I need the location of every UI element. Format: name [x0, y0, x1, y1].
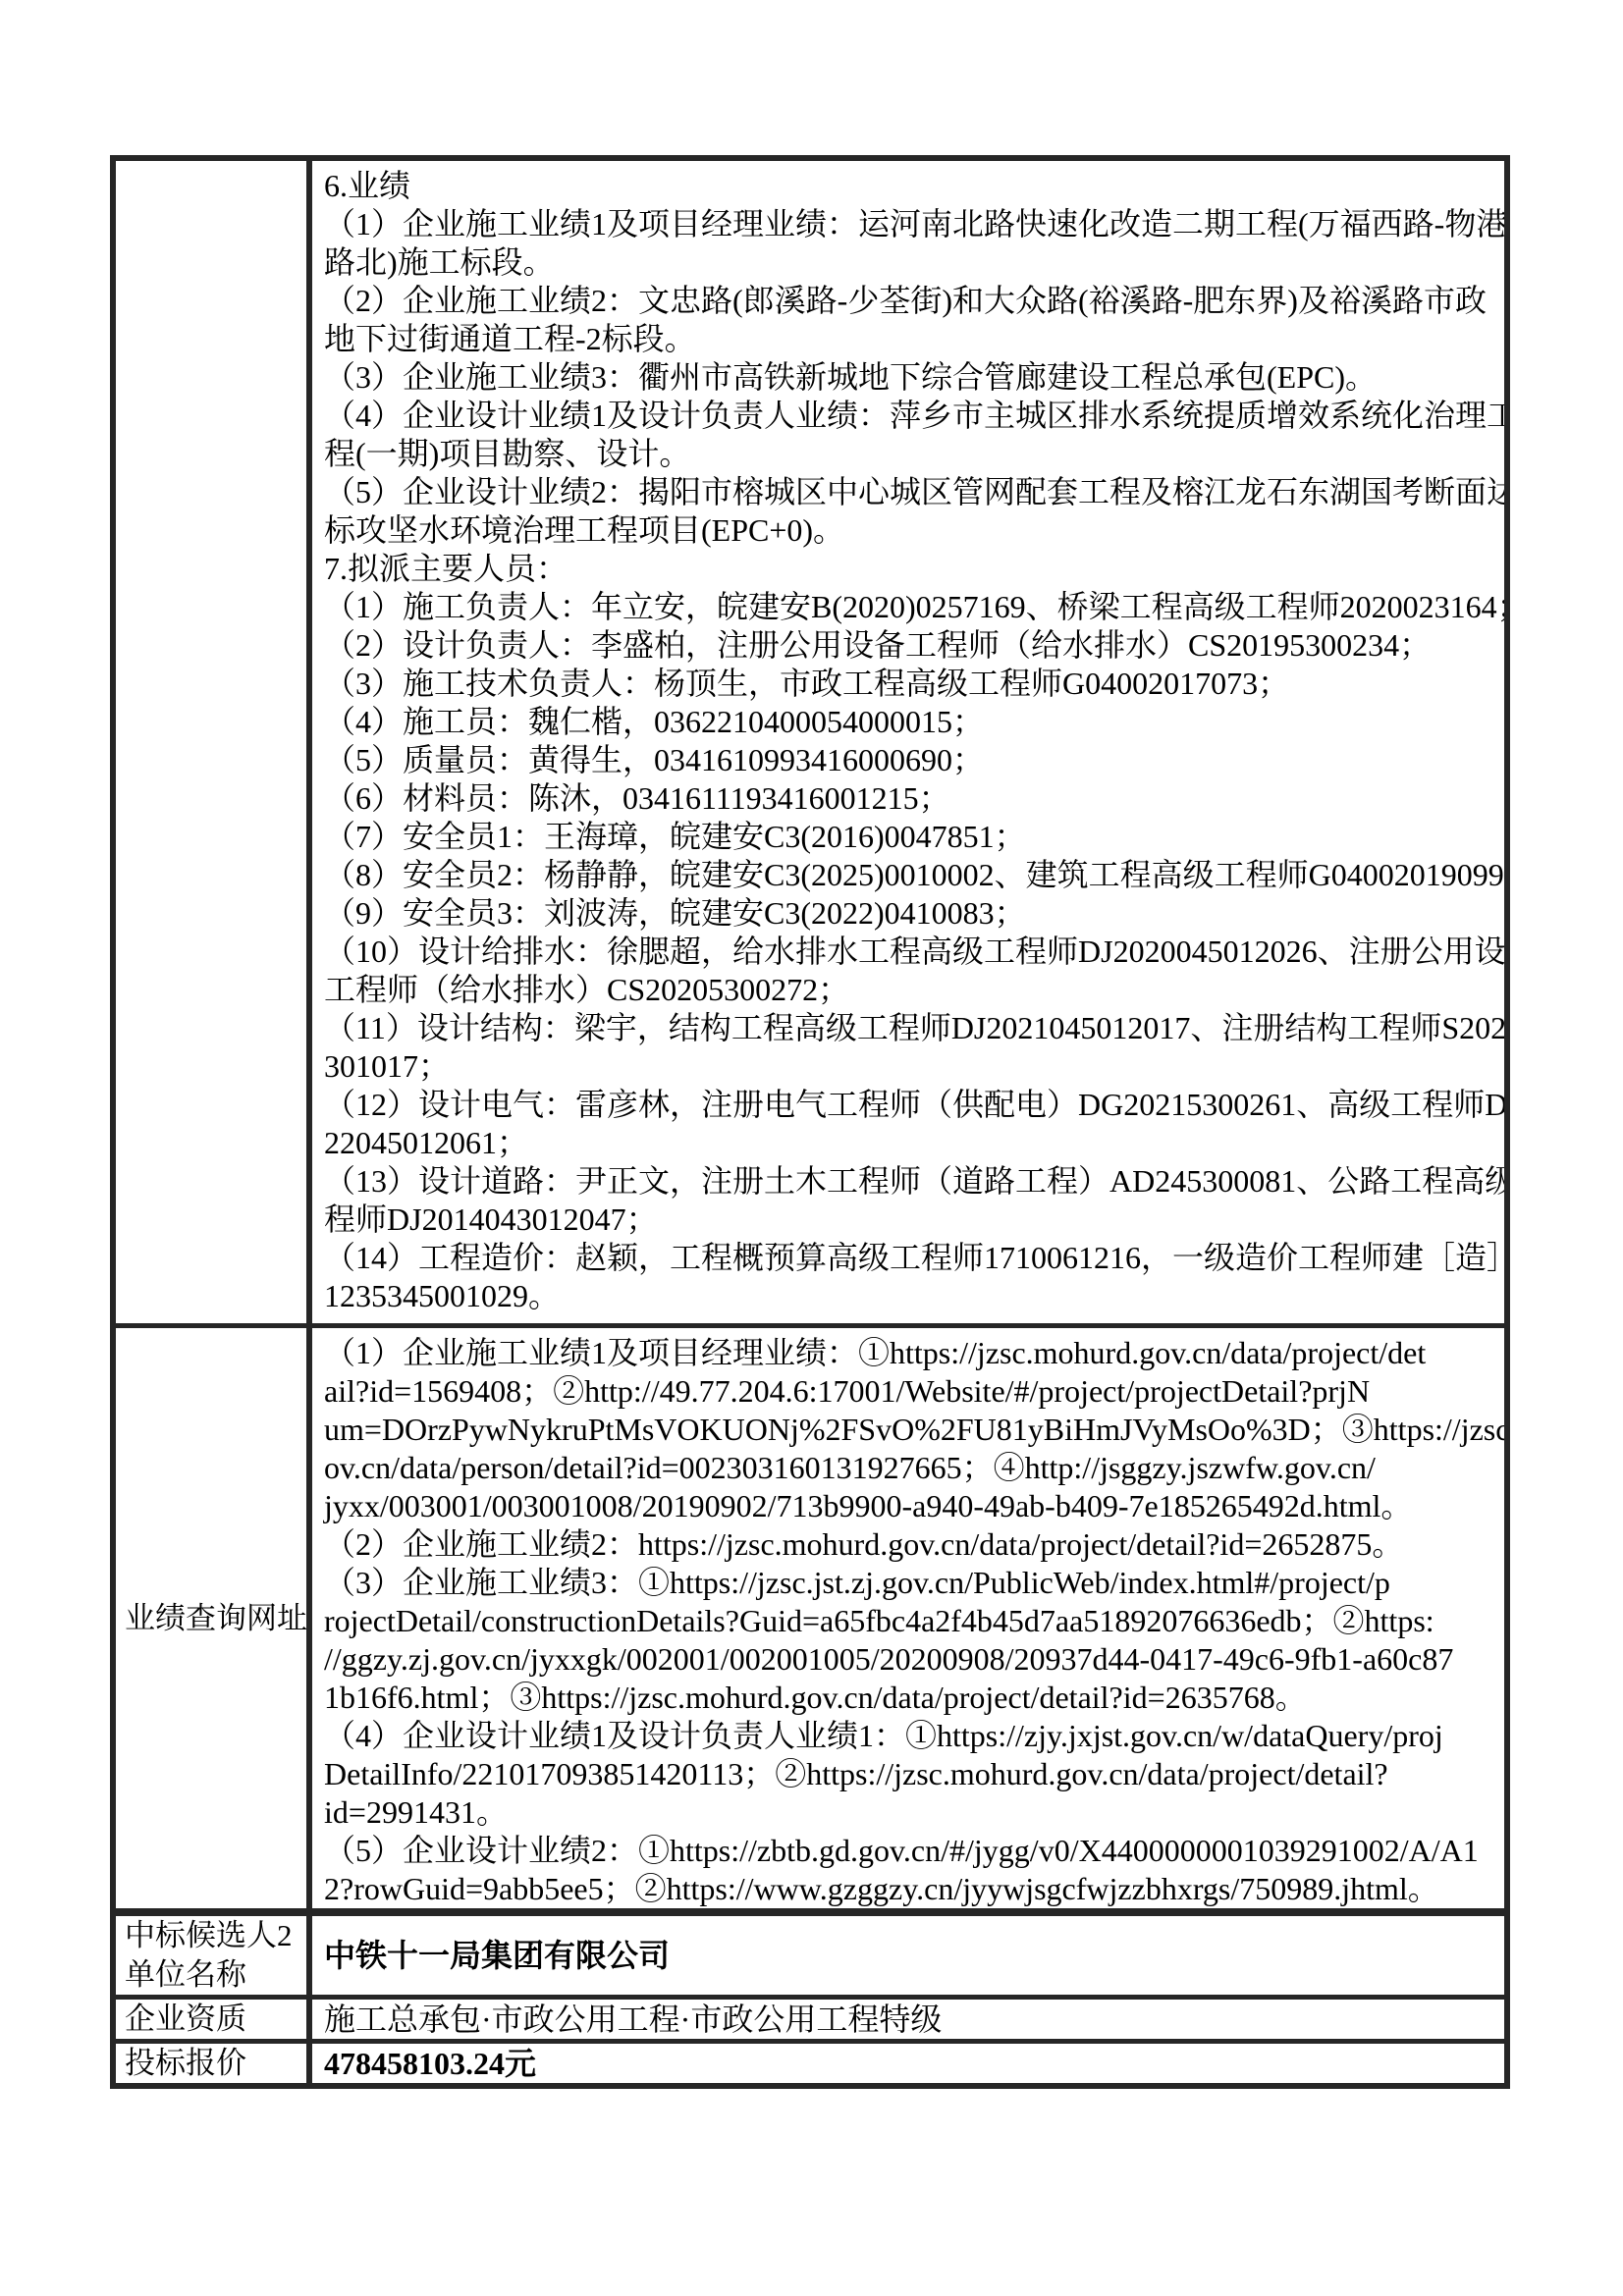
- row-value: 478458103.24元: [324, 2045, 1498, 2083]
- content-line: （9）安全员3：刘波涛，皖建安C3(2022)0410083；: [324, 894, 1498, 933]
- content-line: （2）企业施工业绩2：https://jzsc.mohurd.gov.cn/da…: [324, 1525, 1498, 1564]
- row-label: 业绩查询网址: [125, 1599, 303, 1638]
- content-line: （5）企业设计业绩2：①https://zbtb.gd.gov.cn/#/jyg…: [324, 1832, 1498, 1870]
- row-label-cell: 企业资质: [116, 2000, 312, 2039]
- table-row-winning-candidate-2-name: 中标候选人2单位名称中铁十一局集团有限公司: [116, 1908, 1504, 1995]
- content-line: （5）企业设计业绩2：揭阳市榕城区中心城区管网配套工程及榕江龙石东湖国考断面达: [324, 473, 1498, 511]
- row-label: 企业资质: [125, 2000, 303, 2039]
- content-line: （3）企业施工业绩3：①https://jzsc.jst.zj.gov.cn/P…: [324, 1564, 1498, 1602]
- content-line: 2?rowGuid=9abb5ee5；②https://www.gzggzy.c…: [324, 1870, 1498, 1908]
- row-content-cell: 478458103.24元: [312, 2044, 1504, 2083]
- content-line: 301017；: [324, 1047, 1498, 1086]
- content-line: （2）设计负责人：李盛柏，注册公用设备工程师（给水排水）CS2019530023…: [324, 626, 1498, 665]
- content-line: 1b16f6.html；③https://jzsc.mohurd.gov.cn/…: [324, 1679, 1498, 1717]
- content-line: （1）企业施工业绩1及项目经理业绩：①https://jzsc.mohurd.g…: [324, 1334, 1498, 1372]
- content-line: （2）企业施工业绩2：文忠路(郎溪路-少荃街)和大众路(裕溪路-肥东界)及裕溪路…: [324, 282, 1498, 320]
- table-row-achievements: 6.业绩（1）企业施工业绩1及项目经理业绩：运河南北路快速化改造二期工程(万福西…: [116, 161, 1504, 1323]
- content-line: （8）安全员2：杨静静，皖建安C3(2025)0010002、建筑工程高级工程师…: [324, 856, 1498, 894]
- content-line: 路北)施工标段。: [324, 243, 1498, 282]
- table-row-bid-price: 投标报价478458103.24元: [116, 2039, 1504, 2083]
- content-line: （5）质量员：黄得生，0341610993416000690；: [324, 741, 1498, 779]
- content-line: （4）企业设计业绩1及设计负责人业绩：萍乡市主城区排水系统提质增效系统化治理工: [324, 397, 1498, 435]
- content-line: （4）施工员：魏仁楷，0362210400054000015；: [324, 703, 1498, 741]
- content-line: 标攻坚水环境治理工程项目(EPC+0)。: [324, 511, 1498, 550]
- document-page: 6.业绩（1）企业施工业绩1及项目经理业绩：运河南北路快速化改造二期工程(万福西…: [0, 0, 1623, 2296]
- content-line: um=DOrzPywNykruPtMsVOKUONj%2FSvO%2FU81yB…: [324, 1411, 1498, 1449]
- row-content-cell: 中铁十一局集团有限公司: [312, 1916, 1504, 1995]
- content-line: DetailInfo/221017093851420113；②https://j…: [324, 1755, 1498, 1793]
- bid-evaluation-table: 6.业绩（1）企业施工业绩1及项目经理业绩：运河南北路快速化改造二期工程(万福西…: [110, 155, 1510, 2089]
- content-line: 程师DJ2014043012047；: [324, 1201, 1498, 1239]
- row-value: 中铁十一局集团有限公司: [324, 1937, 1498, 1975]
- content-line: rojectDetail/constructionDetails?Guid=a6…: [324, 1602, 1498, 1640]
- row-label: 中标候选人2: [125, 1916, 303, 1955]
- content-line: ov.cn/data/person/detail?id=002303160131…: [324, 1449, 1498, 1487]
- content-line: 22045012061；: [324, 1124, 1498, 1162]
- content-line: （4）企业设计业绩1及设计负责人业绩1：①https://zjy.jxjst.g…: [324, 1717, 1498, 1755]
- content-line: （13）设计道路：尹正文，注册土木工程师（道路工程）AD245300081、公路…: [324, 1162, 1498, 1201]
- content-line: （12）设计电气：雷彦林，注册电气工程师（供配电）DG20215300261、高…: [324, 1086, 1498, 1124]
- content-line: （6）材料员：陈沐，0341611193416001215；: [324, 779, 1498, 818]
- content-line: （10）设计给排水：徐腮超，给水排水工程高级工程师DJ2020045012026…: [324, 933, 1498, 971]
- content-line: （1）企业施工业绩1及项目经理业绩：运河南北路快速化改造二期工程(万福西路-物港: [324, 205, 1498, 243]
- row-label-cell: [116, 161, 312, 1323]
- content-line: 地下过街通道工程-2标段。: [324, 320, 1498, 358]
- row-label-cell: 投标报价: [116, 2044, 312, 2083]
- content-line: //ggzy.zj.gov.cn/jyxxgk/002001/002001005…: [324, 1640, 1498, 1679]
- content-line: （3）施工技术负责人：杨顶生，市政工程高级工程师G04002017073；: [324, 665, 1498, 703]
- row-label-cell: 中标候选人2单位名称: [116, 1916, 312, 1995]
- content-line: 7.拟派主要人员：: [324, 550, 1498, 588]
- content-line: jyxx/003001/003001008/20190902/713b9900-…: [324, 1487, 1498, 1525]
- row-label: 单位名称: [125, 1955, 303, 1995]
- content-line: 1235345001029。: [324, 1277, 1498, 1315]
- content-line: 6.业绩: [324, 167, 1498, 205]
- row-content-cell: （1）企业施工业绩1及项目经理业绩：①https://jzsc.mohurd.g…: [312, 1328, 1504, 1908]
- content-line: id=2991431。: [324, 1793, 1498, 1832]
- content-line: （3）企业施工业绩3：衢州市高铁新城地下综合管廊建设工程总承包(EPC)。: [324, 358, 1498, 397]
- content-line: （14）工程造价：赵颖，工程概预算高级工程师1710061216，一级造价工程师…: [324, 1239, 1498, 1277]
- content-line: 程(一期)项目勘察、设计。: [324, 435, 1498, 473]
- row-content-cell: 6.业绩（1）企业施工业绩1及项目经理业绩：运河南北路快速化改造二期工程(万福西…: [312, 161, 1504, 1323]
- content-line: （11）设计结构：梁宇，结构工程高级工程师DJ2021045012017、注册结…: [324, 1009, 1498, 1047]
- content-line: 工程师（给水排水）CS20205300272；: [324, 971, 1498, 1009]
- row-content-cell: 施工总承包·市政公用工程·市政公用工程特级: [312, 2000, 1504, 2039]
- content-line: ail?id=1569408；②http://49.77.204.6:17001…: [324, 1372, 1498, 1411]
- row-label-cell: 业绩查询网址: [116, 1328, 312, 1908]
- row-value: 施工总承包·市政公用工程·市政公用工程特级: [324, 2001, 1498, 2039]
- content-line: （7）安全员1：王海璋，皖建安C3(2016)0047851；: [324, 818, 1498, 856]
- row-label: 投标报价: [125, 2044, 303, 2083]
- table-row-enterprise-qualification: 企业资质施工总承包·市政公用工程·市政公用工程特级: [116, 1995, 1504, 2039]
- table-row-achievement-query-urls: 业绩查询网址（1）企业施工业绩1及项目经理业绩：①https://jzsc.mo…: [116, 1323, 1504, 1908]
- content-line: （1）施工负责人：年立安，皖建安B(2020)0257169、桥梁工程高级工程师…: [324, 588, 1498, 626]
